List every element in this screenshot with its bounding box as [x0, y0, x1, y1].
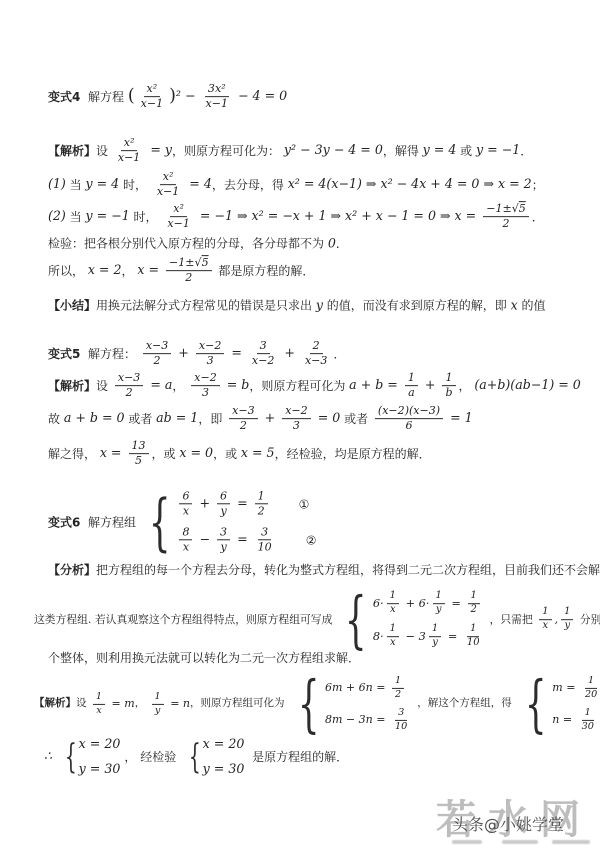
math-run: x = 20	[203, 735, 245, 754]
math-run: n =	[552, 712, 575, 729]
fraction-denominator: 2	[123, 387, 136, 401]
fraction: 1a	[405, 371, 418, 401]
fraction-denominator: 10	[464, 637, 483, 650]
fraction: x²x−1	[115, 136, 143, 166]
text-run: 或	[456, 142, 476, 160]
text-run: 都是原方程的解．	[215, 262, 315, 280]
variant4-heading-equation: 变式4 解方程 (x²x−1)² − 3x²x−1 − 4 = 0	[48, 82, 287, 112]
text-run: 的值，而没有求到原方程的解，即	[323, 297, 511, 315]
variant6-conclusion: ∴ {x = 20y = 30， 经检验 {x = 20y = 30 是原方程组…	[44, 735, 348, 779]
watermark-subtext-blur	[502, 840, 538, 844]
text-run: ，去分母，得	[212, 176, 288, 194]
fraction: 6x	[179, 489, 192, 519]
text-run: ；	[532, 176, 544, 194]
fraction: x−23	[282, 404, 310, 434]
system-row: y = 30	[203, 760, 245, 779]
left-brace-icon: {	[345, 592, 367, 648]
fraction: x²x−1	[164, 202, 192, 232]
fraction-denominator: x−3	[302, 355, 330, 369]
math-run: = 0	[314, 410, 341, 429]
system-row: x = 20	[79, 735, 121, 754]
math-run: +	[280, 345, 299, 364]
math-run: x =	[100, 445, 126, 464]
fraction: 110	[464, 623, 483, 650]
variant6-analysis-line3: 个整体，则利用换元法就可以转化为二元一次方程组求解．	[48, 649, 360, 667]
fraction: x−32	[115, 371, 143, 401]
fraction-numerator: 2	[310, 339, 323, 354]
math-run: y	[316, 297, 323, 316]
text-run: 解方程	[80, 88, 127, 106]
math-run: m =	[552, 680, 579, 697]
left-brace-icon: {	[149, 494, 171, 550]
bold-label: 【解析】	[34, 696, 76, 712]
fraction: 1y	[429, 623, 441, 650]
text-run: 这类方程组. 若认真观察这个方程组得特点，则原方程组可写成	[34, 612, 332, 628]
fraction-denominator: 30	[579, 721, 597, 734]
variant4-case2: (2) 当 y = −1 时， x²x−1 = −1 ⇒ x² = −x + 1…	[48, 202, 544, 232]
fraction: 8x	[179, 525, 192, 555]
fraction-denominator: x−2	[249, 355, 277, 369]
fraction-denominator: x	[180, 540, 192, 554]
equation-system: {6m + 6n = 128m − 3n = 310	[289, 675, 414, 733]
bold-label: 【分析】	[48, 561, 96, 579]
fraction: 2x−3	[302, 339, 330, 369]
fraction: 1x	[387, 623, 399, 650]
math-run: =	[448, 595, 465, 612]
math-run: x = 20	[79, 735, 121, 754]
math-run: x =	[137, 262, 163, 281]
math-run: x² = 4(x−1) ⇒ x² − 4x + 4 = 0 ⇒ x = 2	[288, 176, 532, 195]
math-run: =	[233, 530, 252, 549]
fraction: 3y	[217, 525, 230, 555]
sqrt-icon: √	[195, 256, 202, 269]
fraction: 1y	[561, 607, 573, 634]
fraction-denominator: x−1	[203, 98, 231, 112]
fraction-denominator: x	[387, 604, 399, 617]
system-row: 6x + 6y = 12①	[176, 489, 316, 519]
math-run: y = −1	[476, 142, 520, 161]
text-run: 设	[76, 696, 90, 712]
math-run: = −1 ⇒ x² = −x + 1 ⇒ x² + x − 1 = 0 ⇒ x …	[196, 208, 480, 227]
text-run: 个整体，则利用换元法就可以转化为二元一次方程组求解．	[48, 649, 360, 667]
math-run: y = 4	[85, 176, 119, 195]
math-run: = b	[223, 377, 250, 396]
fraction-numerator: 3x²	[205, 82, 229, 97]
variant6-heading-system: 变式6 解方程组{6x + 6y = 12①8x − 3y = 310②	[48, 489, 320, 554]
fraction-denominator: y	[152, 705, 163, 718]
text-run: 分别看作是一	[576, 612, 600, 628]
radicand: 5	[202, 256, 209, 269]
fraction-denominator: 2	[237, 420, 250, 434]
fraction-numerator: 6	[179, 489, 192, 504]
fraction-numerator: x−2	[282, 404, 310, 419]
math-run: (2)	[48, 208, 66, 227]
fraction-numerator: (x−2)(x−3)	[375, 404, 443, 419]
system-rows: 6m + 6n = 128m − 3n = 310	[325, 675, 413, 733]
fraction-denominator: 10	[392, 721, 410, 734]
math-run: +	[174, 345, 193, 364]
fraction: 1x	[93, 691, 105, 717]
fraction: 310	[255, 525, 275, 555]
math-run: y = 30	[203, 760, 245, 779]
math-run: a + b = 0	[64, 410, 125, 429]
text-run: 或者	[125, 410, 157, 428]
text-run: 所以，	[48, 262, 88, 280]
fraction-numerator: −1±√5	[483, 202, 529, 217]
fraction-numerator: x−3	[115, 371, 143, 386]
bold-label: 变式5	[48, 345, 80, 363]
math-run: y = 30	[79, 760, 121, 779]
math-run: a + b =	[349, 377, 402, 396]
equation-tag: ①	[299, 495, 310, 513]
fraction-denominator: 3	[204, 355, 217, 369]
fraction-numerator: 1	[442, 371, 455, 386]
fraction-numerator: 3	[258, 525, 271, 540]
fraction-denominator: x−1	[154, 186, 182, 200]
text-run: ，则原方程组可化为	[190, 696, 285, 712]
equation-tag: ②	[306, 531, 317, 549]
math-run: (1)	[48, 176, 66, 195]
fraction-denominator: x	[540, 621, 552, 634]
text-run: ．	[333, 345, 345, 363]
math-run: = m	[108, 696, 135, 713]
math-run: + 6·	[402, 595, 430, 612]
text-run: ．	[336, 235, 348, 253]
math-run: (a+b)(ab−1) = 0	[474, 377, 580, 396]
text-run: ，则原方程可化为	[249, 377, 349, 395]
fraction-numerator: 1	[255, 489, 268, 504]
fraction: 12	[392, 675, 404, 701]
equation-system: {x = 20y = 30	[60, 735, 120, 779]
text-run: 设	[96, 142, 112, 160]
fraction-denominator: 2	[182, 272, 195, 286]
fraction: x−23	[196, 339, 224, 369]
fraction-numerator: x−2	[191, 371, 219, 386]
fraction: 1x	[387, 590, 399, 617]
left-brace-icon: {	[525, 676, 547, 732]
fraction: 1b	[442, 371, 455, 401]
text-run: ，或	[152, 445, 180, 463]
text-run: 把方程组的每一个方程去分母，转化为整式方程组，将得到二元二次方程组，目前我们还不…	[96, 561, 600, 579]
math-run: ∴	[44, 748, 56, 767]
fraction-denominator: y	[217, 505, 229, 519]
system-row: 8·1x − 31y = 110	[373, 623, 486, 650]
variant5-solution-setup: 【解析】设 x−32 = a， x−23 = b，则原方程可化为 a + b =…	[48, 371, 581, 401]
math-run: x	[511, 297, 518, 316]
text-run: 设	[96, 377, 112, 395]
text-run: 解方程：	[80, 345, 139, 363]
text-run: ，	[122, 262, 138, 280]
variant4-solution-setup: 【解析】设 x²x−1 = y，则原方程可化为： y² − 3y − 4 = 0…	[48, 136, 532, 166]
text-run: ，	[172, 377, 188, 395]
fraction: 1y	[152, 691, 164, 717]
fraction-numerator: 3	[257, 339, 270, 354]
text-run: ，解这个方程组，得	[417, 696, 512, 712]
text-run: ，经检验，均是原方程的解．	[275, 445, 431, 463]
equation-system: {6·1x + 6·1y = 128·1x − 31y = 110	[336, 590, 485, 650]
fraction-denominator: y	[217, 540, 229, 554]
fraction-numerator: x−3	[143, 339, 171, 354]
fraction: x−32	[143, 339, 171, 369]
text-run: 时，	[130, 208, 162, 226]
fraction-numerator: x−2	[196, 339, 224, 354]
fraction-numerator: x²	[121, 136, 138, 151]
math-run: = 1	[446, 410, 473, 429]
bold-label: 变式4	[48, 88, 80, 106]
variant6-solution: 【解析】设 1x = m， 1y = n，则原方程组可化为{6m + 6n = …	[34, 675, 600, 733]
fraction-denominator: b	[442, 387, 455, 401]
system-row: 8x − 3y = 310②	[176, 525, 316, 555]
math-run: +	[195, 495, 214, 514]
fraction: 310	[392, 707, 410, 733]
math-run: 8·	[373, 628, 384, 645]
fraction-numerator: 3	[395, 707, 407, 721]
text-run: ，解得	[383, 142, 423, 160]
math-run: x = 5	[241, 445, 275, 464]
math-run: y = −1	[85, 208, 129, 227]
system-row: 6·1x + 6·1y = 12	[373, 590, 486, 617]
fraction: 1y	[433, 590, 445, 617]
equation-system: {6x + 6y = 12①8x − 3y = 310②	[140, 489, 316, 554]
fraction-numerator: 1	[405, 371, 418, 386]
math-run: 8m − 3n =	[325, 712, 389, 729]
variant6-analysis-line2: 这类方程组. 若认真观察这个方程组得特点，则原方程组可写成{6·1x + 6·1…	[34, 590, 600, 650]
math-run: =	[227, 345, 246, 364]
variant4-check: 检验：把各根分别代入原方程的分母，各分母都不为 0．	[48, 235, 348, 254]
fraction-numerator: 1	[433, 590, 445, 604]
text-run: 当	[66, 176, 86, 194]
fraction-numerator: 1	[582, 707, 594, 721]
fraction-denominator: x	[387, 637, 399, 650]
text-run: ．	[532, 208, 544, 226]
math-run: = y	[146, 142, 172, 161]
fraction: 12	[255, 489, 268, 519]
math-run: +	[261, 410, 280, 429]
math-run: = n	[167, 696, 190, 713]
fraction-numerator: 1	[429, 623, 441, 637]
variant5-heading-equation: 变式5 解方程： x−32 + x−23 = 3x−2 + 2x−3．	[48, 339, 345, 369]
bold-label: 【小结】	[48, 297, 96, 315]
fraction-numerator: −1±√5	[166, 256, 212, 271]
text-run: 当	[66, 208, 86, 226]
math-run: =	[233, 495, 252, 514]
system-row: n = 130	[552, 707, 600, 733]
radicand: 5	[519, 202, 526, 215]
equation-system: {m = 120n = 130	[516, 675, 600, 733]
text-run: 或者	[340, 410, 372, 428]
math-run: 0	[328, 235, 336, 254]
left-brace-icon: {	[297, 676, 319, 732]
equation-system: {x = 20y = 30	[184, 735, 244, 779]
text-run: 的值	[518, 297, 546, 315]
fraction-numerator: 1	[392, 675, 404, 689]
fraction-numerator: 6	[217, 489, 230, 504]
fraction-denominator: 20	[582, 688, 600, 701]
fraction-numerator: 1	[467, 623, 479, 637]
fraction: 3x−2	[249, 339, 277, 369]
fraction-denominator: x	[93, 705, 104, 718]
math-run: y² − 3y − 4 = 0	[284, 142, 383, 161]
variant4-case1: (1) 当 y = 4 时， x²x−1 = 4，去分母，得 x² = 4(x−…	[48, 170, 544, 200]
math-run: 6·	[373, 595, 384, 612]
fraction-denominator: a	[405, 387, 418, 401]
fraction-numerator: x²	[160, 170, 177, 185]
system-rows: x = 20y = 30	[203, 735, 245, 779]
fraction-denominator: 2	[468, 604, 480, 617]
fraction-denominator: y	[561, 621, 573, 634]
fraction: 120	[582, 675, 600, 701]
fraction-numerator: x²	[144, 82, 161, 97]
big-paren: )	[169, 88, 176, 105]
bold-label: 变式6	[48, 513, 80, 531]
math-run: =	[444, 628, 461, 645]
math-run: − 3	[402, 628, 426, 645]
fraction: 6y	[217, 489, 230, 519]
text-run: 解方程组	[80, 513, 136, 531]
fraction-numerator: 1	[468, 590, 480, 604]
text-run: ，则原方程可化为：	[172, 142, 284, 160]
math-run: x = 0	[179, 445, 213, 464]
math-run: = a	[146, 377, 172, 396]
watermark-subtext-blur	[452, 840, 482, 844]
text-run: ，	[135, 696, 149, 712]
fraction-denominator: x	[180, 505, 192, 519]
variant6-analysis-line1: 【分析】把方程组的每一个方程去分母，转化为整式方程组，将得到二元二次方程组，目前…	[48, 561, 600, 579]
text-run: 检验：把各根分别代入原方程的分母，各分母都不为	[48, 235, 328, 253]
system-rows: x = 20y = 30	[79, 735, 121, 779]
text-run: ，	[459, 377, 475, 395]
fraction-numerator: 1	[561, 607, 573, 621]
fraction-denominator: 2	[151, 355, 164, 369]
fraction: 3x²x−1	[203, 82, 231, 112]
math-run: +	[421, 377, 440, 396]
math-run: y = 4	[423, 142, 457, 161]
fraction-numerator: 1	[539, 607, 551, 621]
fraction: 12	[468, 590, 480, 617]
system-row: 8m − 3n = 310	[325, 707, 413, 733]
fraction-numerator: 3	[217, 525, 230, 540]
fraction-numerator: 1	[93, 691, 105, 705]
watermark-overlay-text: 头条@小姚学堂	[452, 812, 564, 835]
fraction-denominator: x−1	[138, 98, 166, 112]
text-run: 解之得，	[48, 445, 100, 463]
fraction-numerator: 1	[585, 675, 597, 689]
fraction-denominator: 3	[199, 387, 212, 401]
math-run: ab = 1	[156, 410, 198, 429]
fraction-numerator: x²	[170, 202, 187, 217]
fraction-denominator: 2	[499, 218, 512, 232]
fraction-numerator: x−3	[229, 404, 257, 419]
fraction-denominator: y	[433, 604, 445, 617]
fraction-numerator: 1	[152, 691, 164, 705]
text-run: ．	[520, 142, 532, 160]
system-row: m = 120	[552, 675, 600, 701]
fraction-denominator: x−1	[115, 152, 143, 166]
fraction: 135	[129, 439, 149, 469]
fraction: 130	[579, 707, 597, 733]
system-rows: 6x + 6y = 12①8x − 3y = 310②	[176, 489, 316, 554]
fraction: x²x−1	[138, 82, 166, 112]
fraction-denominator: y	[429, 637, 441, 650]
sqrt-icon: √	[512, 202, 519, 215]
fraction: x−23	[191, 371, 219, 401]
text-run: 故	[48, 410, 64, 428]
math-run: −	[195, 530, 214, 549]
math-run: −	[181, 88, 200, 107]
fraction-denominator: x−1	[164, 218, 192, 232]
system-rows: 6·1x + 6·1y = 128·1x − 31y = 110	[373, 590, 486, 650]
system-row: y = 30	[79, 760, 121, 779]
text-run: ，即	[198, 410, 226, 428]
fraction-denominator: 2	[392, 688, 404, 701]
math-run: = 4	[185, 176, 212, 195]
system-row: 6m + 6n = 12	[325, 675, 413, 701]
fraction-denominator: 3	[290, 420, 303, 434]
text-run: ，或	[213, 445, 241, 463]
bold-label: 【解析】	[48, 142, 96, 160]
text-run: ， 经检验	[124, 748, 180, 766]
system-row: x = 20	[203, 735, 245, 754]
variant5-case-split: 故 a + b = 0 或者 ab = 1，即 x−32 + x−23 = 0 …	[48, 404, 473, 434]
fraction: x−32	[229, 404, 257, 434]
fraction: 1x	[539, 607, 551, 634]
math-run: 6m + 6n =	[325, 680, 389, 697]
left-brace-icon: {	[65, 742, 77, 773]
big-paren: (	[128, 88, 135, 105]
fraction-denominator: 10	[255, 540, 275, 554]
fraction-numerator: 1	[387, 623, 399, 637]
variant4-summary: 【小结】用换元法解分式方程常见的错误是只求出 y 的值，而没有求到原方程的解，即…	[48, 297, 546, 316]
text-run: ，只需把	[490, 612, 537, 628]
math-run: ,	[555, 611, 559, 628]
fraction-numerator: 8	[179, 525, 192, 540]
fraction-denominator: 2	[255, 505, 268, 519]
fraction-denominator: 5	[132, 455, 145, 469]
fraction-denominator: 6	[402, 420, 415, 434]
fraction: −1±√52	[483, 202, 529, 232]
watermark-subtext-blur	[552, 840, 590, 844]
fraction-numerator: 1	[387, 590, 399, 604]
variant5-conclusion: 解之得， x = 135，或 x = 0，或 x = 5，经检验，均是原方程的解…	[48, 439, 431, 469]
text-run: 是原方程组的解．	[248, 748, 348, 766]
math-run: − 4 = 0	[234, 88, 287, 107]
text-run: 时，	[119, 176, 151, 194]
fraction-numerator: 13	[129, 439, 149, 454]
system-rows: m = 120n = 130	[552, 675, 600, 733]
document-page: 变式4 解方程 (x²x−1)² − 3x²x−1 − 4 = 0 【解析】设 …	[0, 0, 600, 849]
text-run: 用换元法解分式方程常见的错误是只求出	[96, 297, 316, 315]
fraction: (x−2)(x−3)6	[375, 404, 443, 434]
fraction: x²x−1	[154, 170, 182, 200]
bold-label: 【解析】	[48, 377, 96, 395]
variant4-conclusion: 所以， x = 2， x = −1±√52 都是原方程的解．	[48, 256, 314, 286]
left-brace-icon: {	[189, 742, 201, 773]
fraction: −1±√52	[166, 256, 212, 286]
math-run: x = 2	[88, 262, 122, 281]
